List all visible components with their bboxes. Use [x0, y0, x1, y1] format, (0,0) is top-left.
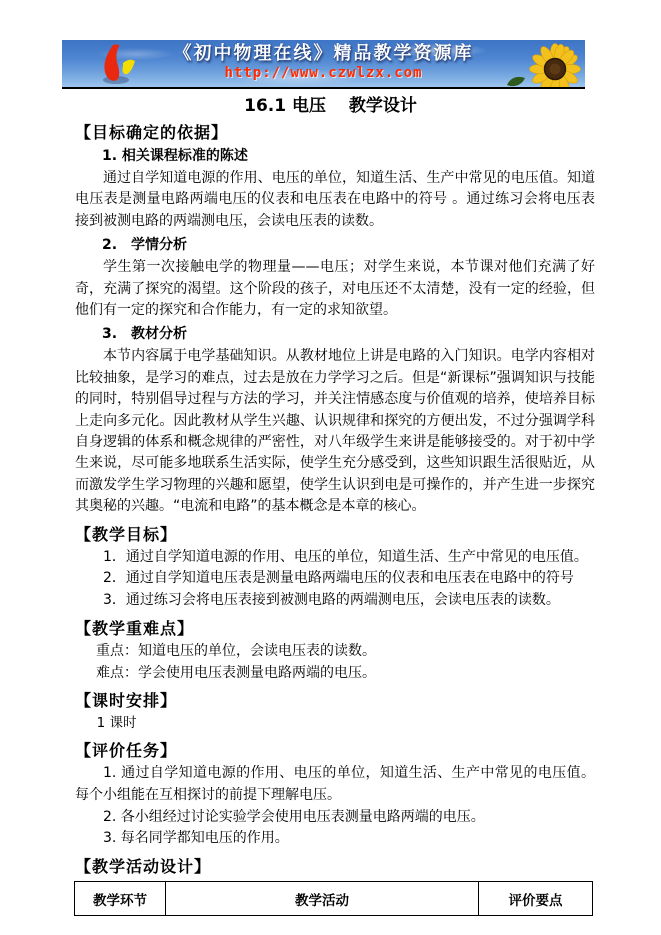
- banner-image: 《初中物理在线》精品教学资源库 http://www.czwlzx.com: [62, 40, 585, 89]
- evaluation-item-3: 3. 每名同学都知电压的作用。: [75, 828, 595, 850]
- goal-item-3: 3．通过练习会将电压表接到被测电路的两端测电压，会读电压表的读数。: [75, 590, 595, 612]
- goal-item-2: 2．通过自学知道电压表是测量电路两端电压的仪表和电压表在电路中的符号: [75, 568, 595, 590]
- paragraph-learner: 学生第一次接触电学的物理量——电压；对学生来说，本节课对他们充满了好奇，充满了探…: [75, 257, 595, 321]
- site-url: http://www.czwlzx.com: [132, 65, 515, 82]
- site-banner: 《初中物理在线》精品教学资源库 http://www.czwlzx.com: [62, 40, 585, 89]
- paragraph-material: 本节内容属于电学基础知识。从教材地位上讲是电路的入门知识。电学内容相对比较抽象，…: [75, 346, 595, 517]
- section-heading-schedule: 【课时安排】: [75, 691, 595, 711]
- subheading-standard: 1. 相关课程标准的陈述: [75, 147, 595, 166]
- goal-item-1: 1．通过自学知道电源的作用、电压的单位，知道生活、生产中常见的电压值。: [75, 547, 595, 569]
- sunflower-icon: [529, 43, 581, 89]
- paragraph-standard: 通过自学知道电源的作用、电压的单位，知道生活、生产中常见的电压值。知道电压表是测…: [75, 168, 595, 232]
- evaluation-item-1: 1. 通过自学知道电源的作用、电压的单位，知道生活、生产中常见的电压值。每个小组…: [75, 763, 595, 807]
- table-header-evaluation: 评价要点: [479, 882, 593, 916]
- table-header-stage: 教学环节: [75, 882, 166, 916]
- site-title: 《初中物理在线》精品教学资源库: [132, 42, 515, 65]
- subheading-learner: 2. 学情分析: [75, 236, 595, 255]
- page-title: 16.1 电压 教学设计: [0, 96, 661, 116]
- banner-text-block: 《初中物理在线》精品教学资源库 http://www.czwlzx.com: [132, 42, 515, 82]
- subheading-material: 3. 教材分析: [75, 325, 595, 344]
- document-body: 【目标确定的依据】 1. 相关课程标准的陈述 通过自学知道电源的作用、电压的单位…: [75, 123, 595, 916]
- table-header-row: 教学环节 教学活动 评价要点: [75, 882, 593, 916]
- document-page: 《初中物理在线》精品教学资源库 http://www.czwlzx.com: [0, 0, 661, 935]
- activity-design-table: 教学环节 教学活动 评价要点: [74, 881, 593, 916]
- section-heading-goals: 【教学目标】: [75, 525, 595, 545]
- table-header-activity: 教学活动: [166, 882, 479, 916]
- section-heading-basis: 【目标确定的依据】: [75, 123, 595, 143]
- evaluation-item-2: 2. 各小组经过讨论实验学会使用电压表测量电路两端的电压。: [75, 807, 595, 829]
- section-heading-key-points: 【教学重难点】: [75, 619, 595, 639]
- leaf-icon: [505, 71, 527, 89]
- key-point-item-1: 重点：知道电压的单位，会读电压表的读数。: [75, 641, 595, 663]
- key-point-item-2: 难点：学会使用电压表测量电路两端的电压。: [75, 663, 595, 685]
- section-heading-activity: 【教学活动设计】: [75, 857, 595, 877]
- section-heading-evaluation: 【评价任务】: [75, 741, 595, 761]
- schedule-text: 1 课时: [75, 713, 595, 734]
